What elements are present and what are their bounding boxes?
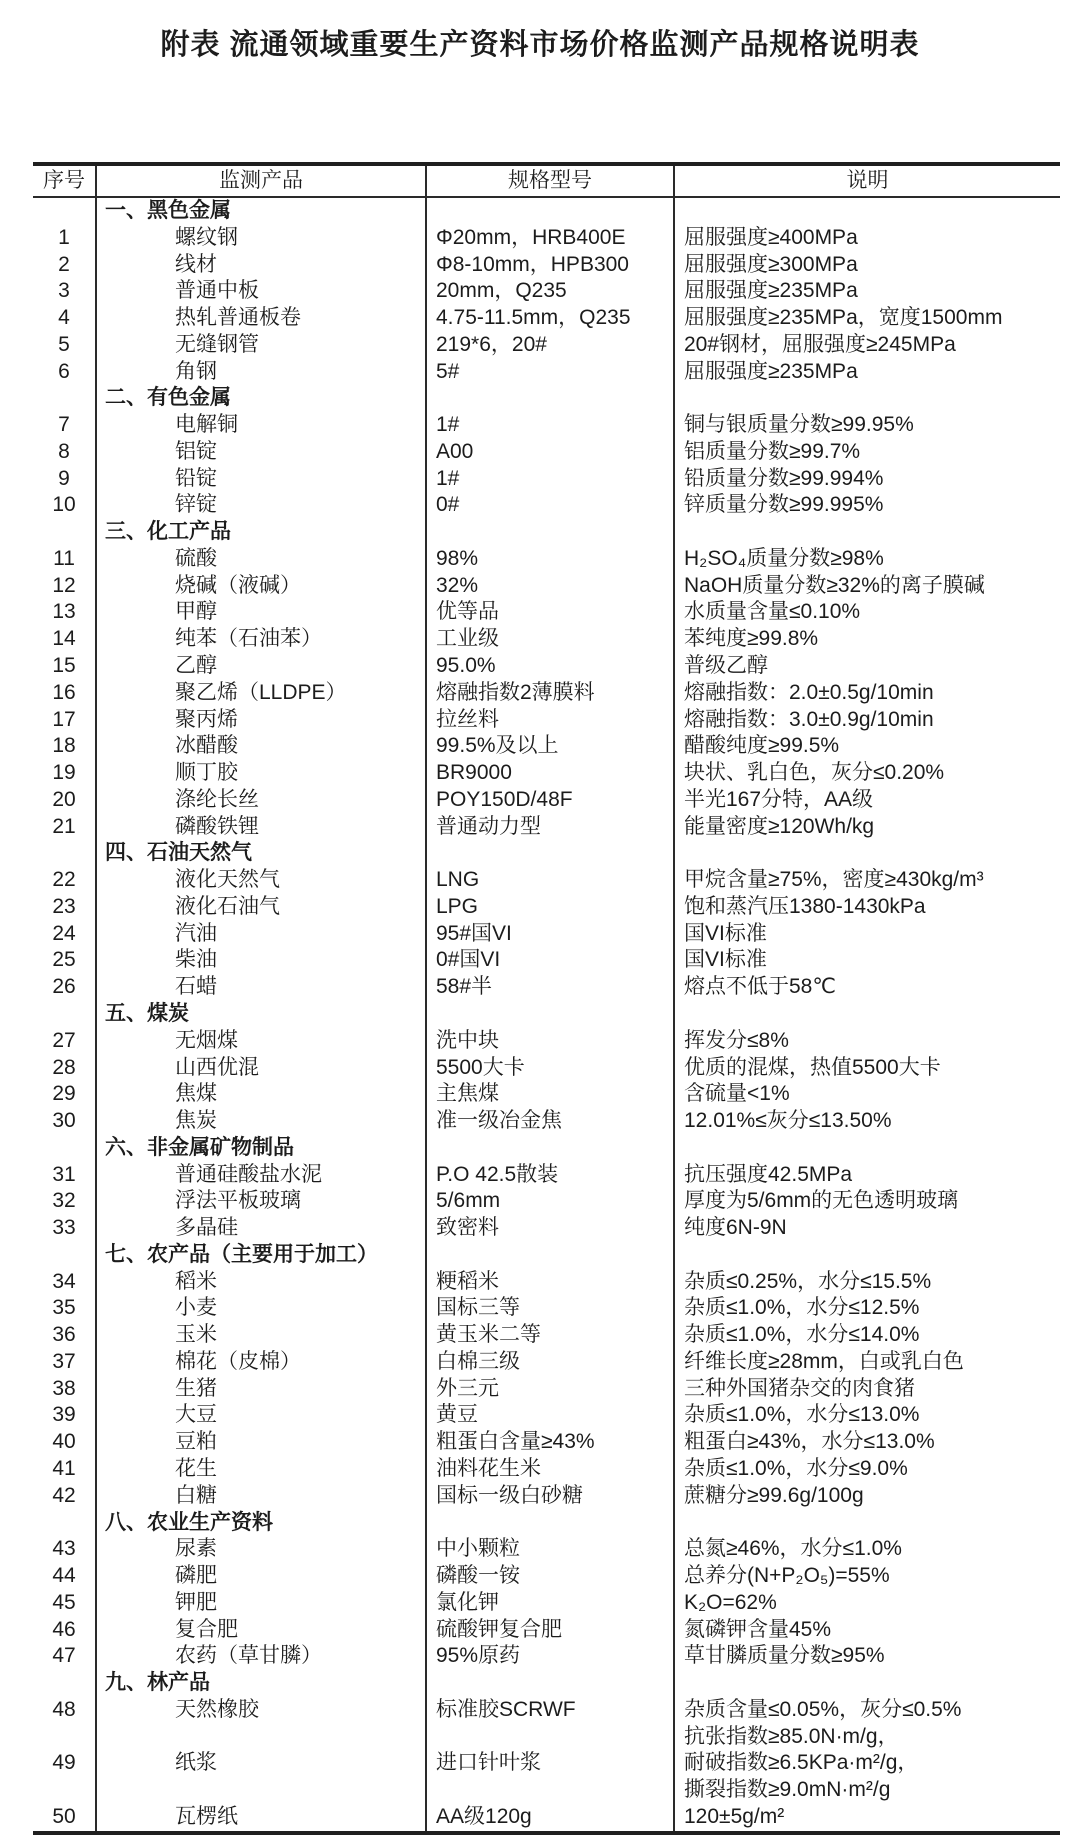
row-number: 13 (33, 599, 95, 626)
category-row: 九、林产品 (33, 1670, 1060, 1697)
spec-value: A00 (425, 439, 673, 466)
table-row: 33多晶硅致密料纯度6N-9N (33, 1215, 1060, 1242)
spec-value: Φ20mm，HRB400E (425, 225, 673, 252)
table-row: 15乙醇95.0%普级乙醇 (33, 653, 1060, 680)
category-label: 七、农产品（主要用于加工） (95, 1242, 425, 1269)
description-text: 三种外国猪杂交的肉食猪 (673, 1376, 1060, 1403)
description-text: 普级乙醇 (673, 653, 1060, 680)
spec-value (425, 840, 673, 867)
product-name: 纸浆 (95, 1750, 425, 1777)
description-text (673, 840, 1060, 867)
table-row: 9铅锭1#铅质量分数≥99.994% (33, 466, 1060, 493)
description-text: 杂质≤1.0%，水分≤9.0% (673, 1456, 1060, 1483)
header-product: 监测产品 (95, 166, 425, 196)
spec-value: 中小颗粒 (425, 1536, 673, 1563)
continuation-row: 抗张指数≥85.0N·m/g， (33, 1724, 1060, 1751)
description-text: 12.01%≤灰分≤13.50% (673, 1108, 1060, 1135)
product-name: 钾肥 (95, 1590, 425, 1617)
row-number: 17 (33, 707, 95, 734)
table-row: 44磷肥磷酸一铵总养分(N+P₂O₅)=55% (33, 1563, 1060, 1590)
row-number: 29 (33, 1081, 95, 1108)
row-number: 9 (33, 466, 95, 493)
description-text: 熔融指数：2.0±0.5g/10min (673, 680, 1060, 707)
spec-value: 1# (425, 466, 673, 493)
description-text: 120±5g/m² (673, 1804, 1060, 1831)
description-text: 杂质≤1.0%，水分≤12.5% (673, 1295, 1060, 1322)
product-name: 磷酸铁锂 (95, 814, 425, 841)
row-number (33, 1242, 95, 1269)
product-name: 天然橡胶 (95, 1697, 425, 1724)
description-text: 撕裂指数≥9.0mN·m²/g (673, 1777, 1060, 1804)
description-text (673, 1670, 1060, 1697)
product-name: 生猪 (95, 1376, 425, 1403)
table-row: 6角钢5#屈服强度≥235MPa (33, 359, 1060, 386)
row-number: 43 (33, 1536, 95, 1563)
table-row: 48天然橡胶标准胶SCRWF杂质含量≤0.05%，灰分≤0.5% (33, 1697, 1060, 1724)
product-name: 铅锭 (95, 466, 425, 493)
table-row: 24汽油95#国VI国VI标准 (33, 921, 1060, 948)
product-name: 角钢 (95, 359, 425, 386)
table-row: 4热轧普通板卷4.75-11.5mm，Q235屈服强度≥235MPa，宽度150… (33, 305, 1060, 332)
category-label: 三、化工产品 (95, 519, 425, 546)
spec-value: 白棉三级 (425, 1349, 673, 1376)
spec-value: 0# (425, 492, 673, 519)
category-row: 二、有色金属 (33, 385, 1060, 412)
product-name: 热轧普通板卷 (95, 305, 425, 332)
row-number: 20 (33, 787, 95, 814)
table-row: 42白糖国标一级白砂糖蔗糖分≥99.6g/100g (33, 1483, 1060, 1510)
spec-table: 序号 监测产品 规格型号 说明 一、黑色金属1螺纹钢Φ20mm，HRB400E屈… (33, 162, 1060, 1835)
product-name: 冰醋酸 (95, 733, 425, 760)
row-number (33, 519, 95, 546)
row-number: 44 (33, 1563, 95, 1590)
row-number: 36 (33, 1322, 95, 1349)
spec-value: 5# (425, 359, 673, 386)
description-text: 纯度6N-9N (673, 1215, 1060, 1242)
category-row: 四、石油天然气 (33, 840, 1060, 867)
category-label: 一、黑色金属 (95, 198, 425, 225)
description-text (673, 385, 1060, 412)
category-row: 八、农业生产资料 (33, 1510, 1060, 1537)
header-no: 序号 (33, 166, 95, 196)
table-row: 22液化天然气LNG甲烷含量≥75%，密度≥430kg/m³ (33, 867, 1060, 894)
description-text: 杂质≤1.0%，水分≤13.0% (673, 1402, 1060, 1429)
table-row: 5无缝钢管219*6，20#20#钢材，屈服强度≥245MPa (33, 332, 1060, 359)
spec-value: 准一级冶金焦 (425, 1108, 673, 1135)
spec-value: 主焦煤 (425, 1081, 673, 1108)
category-label: 五、煤炭 (95, 1001, 425, 1028)
continuation-row: 撕裂指数≥9.0mN·m²/g (33, 1777, 1060, 1804)
row-number: 3 (33, 278, 95, 305)
product-name: 普通硅酸盐水泥 (95, 1162, 425, 1189)
spec-value: 国标一级白砂糖 (425, 1483, 673, 1510)
product-name: 复合肥 (95, 1617, 425, 1644)
row-number: 19 (33, 760, 95, 787)
row-number: 30 (33, 1108, 95, 1135)
category-label: 二、有色金属 (95, 385, 425, 412)
table-row: 23液化石油气LPG饱和蒸汽压1380-1430kPa (33, 894, 1060, 921)
product-name: 汽油 (95, 921, 425, 948)
product-name: 瓦楞纸 (95, 1804, 425, 1831)
table-row: 14纯苯（石油苯）工业级苯纯度≥99.8% (33, 626, 1060, 653)
table-row: 41花生油料花生米杂质≤1.0%，水分≤9.0% (33, 1456, 1060, 1483)
description-text: 挥发分≤8% (673, 1028, 1060, 1055)
category-row: 五、煤炭 (33, 1001, 1060, 1028)
table-row: 38生猪外三元三种外国猪杂交的肉食猪 (33, 1376, 1060, 1403)
description-text (673, 198, 1060, 225)
table-row: 36玉米黄玉米二等杂质≤1.0%，水分≤14.0% (33, 1322, 1060, 1349)
row-number (33, 1510, 95, 1537)
product-name: 山西优混 (95, 1055, 425, 1082)
product-name: 石蜡 (95, 974, 425, 1001)
row-number (33, 840, 95, 867)
row-number: 26 (33, 974, 95, 1001)
spec-value (425, 1242, 673, 1269)
description-text (673, 519, 1060, 546)
spec-value (425, 198, 673, 225)
category-row: 七、农产品（主要用于加工） (33, 1242, 1060, 1269)
spec-value: 外三元 (425, 1376, 673, 1403)
table-row: 13甲醇优等品水质量含量≤0.10% (33, 599, 1060, 626)
spec-value: 58#半 (425, 974, 673, 1001)
spec-value (425, 385, 673, 412)
spec-value (425, 1670, 673, 1697)
description-text: K₂O=62% (673, 1590, 1060, 1617)
description-text: 苯纯度≥99.8% (673, 626, 1060, 653)
description-text (673, 1001, 1060, 1028)
spec-value: 95.0% (425, 653, 673, 680)
table-row: 17聚丙烯拉丝料熔融指数：3.0±0.9g/10min (33, 707, 1060, 734)
spec-value: 磷酸一铵 (425, 1563, 673, 1590)
table-row: 16聚乙烯（LLDPE）熔融指数2薄膜料熔融指数：2.0±0.5g/10min (33, 680, 1060, 707)
row-number (33, 1777, 95, 1804)
description-text: 国VI标准 (673, 947, 1060, 974)
category-label: 八、农业生产资料 (95, 1510, 425, 1537)
product-name: 磷肥 (95, 1563, 425, 1590)
table-row: 29焦煤主焦煤含硫量<1% (33, 1081, 1060, 1108)
row-number: 14 (33, 626, 95, 653)
product-name: 普通中板 (95, 278, 425, 305)
row-number: 18 (33, 733, 95, 760)
product-name: 焦煤 (95, 1081, 425, 1108)
spec-value: 氯化钾 (425, 1590, 673, 1617)
description-text: 甲烷含量≥75%，密度≥430kg/m³ (673, 867, 1060, 894)
table-row: 18冰醋酸99.5%及以上醋酸纯度≥99.5% (33, 733, 1060, 760)
row-number: 22 (33, 867, 95, 894)
row-number (33, 1001, 95, 1028)
product-name: 锌锭 (95, 492, 425, 519)
product-name (95, 1777, 425, 1804)
spec-value: P.O 42.5散装 (425, 1162, 673, 1189)
row-number: 24 (33, 921, 95, 948)
row-number: 7 (33, 412, 95, 439)
description-text: 厚度为5/6mm的无色透明玻璃 (673, 1188, 1060, 1215)
row-number: 4 (33, 305, 95, 332)
row-number: 37 (33, 1349, 95, 1376)
row-number (33, 198, 95, 225)
product-name: 白糖 (95, 1483, 425, 1510)
table-header-row: 序号 监测产品 规格型号 说明 (33, 166, 1060, 198)
table-row: 25柴油0#国VI国VI标准 (33, 947, 1060, 974)
spec-value: 普通动力型 (425, 814, 673, 841)
table-row: 49纸浆进口针叶浆耐破指数≥6.5KPa·m²/g， (33, 1750, 1060, 1777)
category-label: 九、林产品 (95, 1670, 425, 1697)
product-name: 玉米 (95, 1322, 425, 1349)
table-row: 7电解铜1#铜与银质量分数≥99.95% (33, 412, 1060, 439)
row-number: 34 (33, 1269, 95, 1296)
category-row: 一、黑色金属 (33, 198, 1060, 225)
table-row: 20涤纶长丝POY150D/48F半光167分特，AA级 (33, 787, 1060, 814)
row-number: 12 (33, 573, 95, 600)
spec-value (425, 1777, 673, 1804)
spec-value: 粗蛋白含量≥43% (425, 1429, 673, 1456)
product-name: 纯苯（石油苯） (95, 626, 425, 653)
spec-value (425, 1135, 673, 1162)
row-number: 38 (33, 1376, 95, 1403)
spec-value (425, 1510, 673, 1537)
category-row: 三、化工产品 (33, 519, 1060, 546)
product-name: 无烟煤 (95, 1028, 425, 1055)
product-name: 顺丁胶 (95, 760, 425, 787)
description-text: 熔融指数：3.0±0.9g/10min (673, 707, 1060, 734)
spec-value: 油料花生米 (425, 1456, 673, 1483)
category-row: 六、非金属矿物制品 (33, 1135, 1060, 1162)
table-row: 19顺丁胶BR9000块状、乳白色，灰分≤0.20% (33, 760, 1060, 787)
row-number: 10 (33, 492, 95, 519)
spec-value: 95#国VI (425, 921, 673, 948)
row-number: 21 (33, 814, 95, 841)
product-name: 小麦 (95, 1295, 425, 1322)
spec-value: 219*6，20# (425, 332, 673, 359)
spec-value: LPG (425, 894, 673, 921)
table-row: 32浮法平板玻璃5/6mm厚度为5/6mm的无色透明玻璃 (33, 1188, 1060, 1215)
description-text: 锌质量分数≥99.995% (673, 492, 1060, 519)
spec-value: 20mm，Q235 (425, 278, 673, 305)
description-text: 铝质量分数≥99.7% (673, 439, 1060, 466)
description-text: 屈服强度≥235MPa (673, 359, 1060, 386)
spec-value: 致密料 (425, 1215, 673, 1242)
spec-value (425, 519, 673, 546)
row-number: 27 (33, 1028, 95, 1055)
product-name: 聚丙烯 (95, 707, 425, 734)
description-text: NaOH质量分数≥32%的离子膜碱 (673, 573, 1060, 600)
spec-value (425, 1001, 673, 1028)
category-label: 四、石油天然气 (95, 840, 425, 867)
table-row: 10锌锭0#锌质量分数≥99.995% (33, 492, 1060, 519)
row-number: 49 (33, 1750, 95, 1777)
product-name: 焦炭 (95, 1108, 425, 1135)
table-row: 47农药（草甘膦）95%原药草甘膦质量分数≥95% (33, 1643, 1060, 1670)
spec-value: 99.5%及以上 (425, 733, 673, 760)
category-label: 六、非金属矿物制品 (95, 1135, 425, 1162)
spec-value: 粳稻米 (425, 1269, 673, 1296)
table-row: 39大豆黄豆杂质≤1.0%，水分≤13.0% (33, 1402, 1060, 1429)
row-number: 42 (33, 1483, 95, 1510)
description-text: H₂SO₄质量分数≥98% (673, 546, 1060, 573)
spec-value: 优等品 (425, 599, 673, 626)
row-number (33, 1670, 95, 1697)
row-number: 1 (33, 225, 95, 252)
spec-value: 硫酸钾复合肥 (425, 1617, 673, 1644)
table-body: 一、黑色金属1螺纹钢Φ20mm，HRB400E屈服强度≥400MPa2线材Φ8-… (33, 198, 1060, 1831)
description-text: 能量密度≥120Wh/kg (673, 814, 1060, 841)
description-text: 屈服强度≥235MPa，宽度1500mm (673, 305, 1060, 332)
product-name: 尿素 (95, 1536, 425, 1563)
page-title: 附表 流通领域重要生产资料市场价格监测产品规格说明表 (0, 22, 1080, 63)
row-number: 47 (33, 1643, 95, 1670)
table-row: 34稻米粳稻米杂质≤0.25%，水分≤15.5% (33, 1269, 1060, 1296)
table-row: 46复合肥硫酸钾复合肥氮磷钾含量45% (33, 1617, 1060, 1644)
description-text: 氮磷钾含量45% (673, 1617, 1060, 1644)
row-number (33, 1724, 95, 1751)
product-name: 聚乙烯（LLDPE） (95, 680, 425, 707)
description-text (673, 1510, 1060, 1537)
product-name: 大豆 (95, 1402, 425, 1429)
spec-value: LNG (425, 867, 673, 894)
description-text: 半光167分特，AA级 (673, 787, 1060, 814)
row-number (33, 385, 95, 412)
product-name: 线材 (95, 252, 425, 279)
spec-value: 0#国VI (425, 947, 673, 974)
product-name: 螺纹钢 (95, 225, 425, 252)
product-name: 稻米 (95, 1269, 425, 1296)
spec-value: 1# (425, 412, 673, 439)
description-text: 醋酸纯度≥99.5% (673, 733, 1060, 760)
product-name: 柴油 (95, 947, 425, 974)
spec-value (425, 1724, 673, 1751)
description-text: 粗蛋白≥43%，水分≤13.0% (673, 1429, 1060, 1456)
row-number: 5 (33, 332, 95, 359)
description-text: 耐破指数≥6.5KPa·m²/g， (673, 1750, 1060, 1777)
table-row: 11硫酸98%H₂SO₄质量分数≥98% (33, 546, 1060, 573)
product-name: 乙醇 (95, 653, 425, 680)
row-number: 25 (33, 947, 95, 974)
description-text: 屈服强度≥300MPa (673, 252, 1060, 279)
row-number: 48 (33, 1697, 95, 1724)
table-row: 21磷酸铁锂普通动力型能量密度≥120Wh/kg (33, 814, 1060, 841)
spec-value: 98% (425, 546, 673, 573)
row-number: 11 (33, 546, 95, 573)
table-row: 50瓦楞纸AA级120g120±5g/m² (33, 1804, 1060, 1831)
product-name: 多晶硅 (95, 1215, 425, 1242)
row-number: 40 (33, 1429, 95, 1456)
description-text: 块状、乳白色，灰分≤0.20% (673, 760, 1060, 787)
description-text: 饱和蒸汽压1380-1430kPa (673, 894, 1060, 921)
description-text: 抗压强度42.5MPa (673, 1162, 1060, 1189)
description-text: 熔点不低于58℃ (673, 974, 1060, 1001)
table-row: 45钾肥氯化钾K₂O=62% (33, 1590, 1060, 1617)
spec-value: 95%原药 (425, 1643, 673, 1670)
table-row: 30焦炭准一级冶金焦12.01%≤灰分≤13.50% (33, 1108, 1060, 1135)
spec-value: POY150D/48F (425, 787, 673, 814)
product-name: 液化天然气 (95, 867, 425, 894)
product-name: 甲醇 (95, 599, 425, 626)
spec-value: 5500大卡 (425, 1055, 673, 1082)
description-text: 铜与银质量分数≥99.95% (673, 412, 1060, 439)
spec-value: 黄玉米二等 (425, 1322, 673, 1349)
spec-value: 工业级 (425, 626, 673, 653)
row-number: 8 (33, 439, 95, 466)
table-row: 2线材Φ8-10mm，HPB300屈服强度≥300MPa (33, 252, 1060, 279)
spec-value: Φ8-10mm，HPB300 (425, 252, 673, 279)
description-text: 杂质≤1.0%，水分≤14.0% (673, 1322, 1060, 1349)
row-number: 23 (33, 894, 95, 921)
header-spec: 规格型号 (425, 166, 673, 196)
description-text: 屈服强度≥235MPa (673, 278, 1060, 305)
table-row: 1螺纹钢Φ20mm，HRB400E屈服强度≥400MPa (33, 225, 1060, 252)
spec-value: 4.75-11.5mm，Q235 (425, 305, 673, 332)
row-number: 35 (33, 1295, 95, 1322)
row-number: 6 (33, 359, 95, 386)
product-name: 豆粕 (95, 1429, 425, 1456)
table-row: 37棉花（皮棉）白棉三级纤维长度≥28mm，白或乳白色 (33, 1349, 1060, 1376)
description-text: 总氮≥46%，水分≤1.0% (673, 1536, 1060, 1563)
spec-value: 5/6mm (425, 1188, 673, 1215)
product-name: 涤纶长丝 (95, 787, 425, 814)
table-row: 12烧碱（液碱）32%NaOH质量分数≥32%的离子膜碱 (33, 573, 1060, 600)
spec-value: AA级120g (425, 1804, 673, 1831)
row-number: 16 (33, 680, 95, 707)
header-desc: 说明 (673, 166, 1060, 196)
table-row: 3普通中板20mm，Q235屈服强度≥235MPa (33, 278, 1060, 305)
table-row: 40豆粕粗蛋白含量≥43%粗蛋白≥43%，水分≤13.0% (33, 1429, 1060, 1456)
description-text: 总养分(N+P₂O₅)=55% (673, 1563, 1060, 1590)
row-number: 31 (33, 1162, 95, 1189)
description-text (673, 1242, 1060, 1269)
description-text: 20#钢材，屈服强度≥245MPa (673, 332, 1060, 359)
description-text: 草甘膦质量分数≥95% (673, 1643, 1060, 1670)
spec-value: 标准胶SCRWF (425, 1697, 673, 1724)
spec-value: 进口针叶浆 (425, 1750, 673, 1777)
product-name: 铝锭 (95, 439, 425, 466)
product-name: 花生 (95, 1456, 425, 1483)
table-row: 35小麦国标三等杂质≤1.0%，水分≤12.5% (33, 1295, 1060, 1322)
table-row: 26石蜡58#半熔点不低于58℃ (33, 974, 1060, 1001)
row-number: 15 (33, 653, 95, 680)
product-name: 棉花（皮棉） (95, 1349, 425, 1376)
description-text: 屈服强度≥400MPa (673, 225, 1060, 252)
spec-value: 国标三等 (425, 1295, 673, 1322)
description-text: 国VI标准 (673, 921, 1060, 948)
product-name: 液化石油气 (95, 894, 425, 921)
product-name (95, 1724, 425, 1751)
description-text: 杂质≤0.25%，水分≤15.5% (673, 1269, 1060, 1296)
description-text: 优质的混煤，热值5500大卡 (673, 1055, 1060, 1082)
spec-value: 黄豆 (425, 1402, 673, 1429)
spec-value: 32% (425, 573, 673, 600)
row-number: 2 (33, 252, 95, 279)
product-name: 无缝钢管 (95, 332, 425, 359)
row-number: 32 (33, 1188, 95, 1215)
description-text (673, 1135, 1060, 1162)
description-text: 水质量含量≤0.10% (673, 599, 1060, 626)
description-text: 杂质含量≤0.05%，灰分≤0.5% (673, 1697, 1060, 1724)
description-text: 铅质量分数≥99.994% (673, 466, 1060, 493)
spec-value: BR9000 (425, 760, 673, 787)
table-row: 43尿素中小颗粒总氮≥46%，水分≤1.0% (33, 1536, 1060, 1563)
table-row: 28山西优混5500大卡优质的混煤，热值5500大卡 (33, 1055, 1060, 1082)
row-number: 50 (33, 1804, 95, 1831)
row-number: 46 (33, 1617, 95, 1644)
description-text: 蔗糖分≥99.6g/100g (673, 1483, 1060, 1510)
description-text: 纤维长度≥28mm，白或乳白色 (673, 1349, 1060, 1376)
spec-value: 拉丝料 (425, 707, 673, 734)
table-row: 8铝锭A00铝质量分数≥99.7% (33, 439, 1060, 466)
product-name: 电解铜 (95, 412, 425, 439)
row-number (33, 1135, 95, 1162)
row-number: 41 (33, 1456, 95, 1483)
product-name: 浮法平板玻璃 (95, 1188, 425, 1215)
